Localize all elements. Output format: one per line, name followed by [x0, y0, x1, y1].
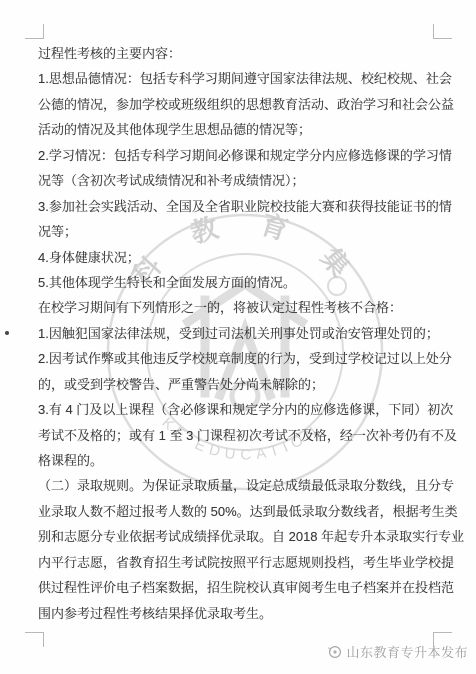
text-line: 在校学习期间有下列情形之一的，将被认定过程性考核不合格： — [38, 295, 440, 320]
text-line: 业录取人数不超过报考人数的 50%。达到最低录取分数线者，根据考生类 — [38, 499, 440, 524]
text-line: 况等（含初次考试成绩情况和补考成绩情况）； — [38, 168, 440, 193]
text-line: 供过程性评价电子档案数据，招生院校认真审阅考生电子档案并在投档范 — [38, 575, 440, 600]
publisher-logo-icon — [327, 644, 342, 659]
document-page: 科 教 育 集 KE EDUCATION 过程性考核的主要内容：1.思想品德情况… — [0, 0, 476, 674]
text-line: 围内参考过程性考核结果择优录取考生。 — [38, 601, 440, 626]
text-line: 1.因触犯国家法律法规，受到过司法机关刑事处罚或治安管理处罚的； — [38, 321, 440, 346]
publisher-name: 山东教育专升本发布 — [346, 642, 468, 661]
text-line: 3.有 4 门及以上课程（含必修课和规定学分内的应修选修课，下同）初次 — [38, 397, 440, 422]
text-line: 格课程的。 — [38, 448, 440, 473]
text-line: 考试不及格的；或有 1 至 3 门课程初次考试不及格，经一次补考仍有不及 — [38, 423, 440, 448]
text-line: 2.因考试作弊或其他违反学校规章制度的行为，受到过学校记过以上处分 — [38, 346, 440, 371]
text-line: 活动的情况及其他体现学生思想品德的情况等； — [38, 117, 440, 142]
publisher-watermark: 山东教育专升本发布 — [327, 642, 468, 661]
text-line: 的，或受到学校警告、严重警告处分尚未解除的； — [38, 372, 440, 397]
text-boundary-mark-top-right — [433, 24, 452, 39]
document-body: 过程性考核的主要内容：1.思想品德情况：包括专科学习期间遵守国家法律法规、校纪校… — [38, 41, 440, 626]
text-line: 过程性考核的主要内容： — [38, 41, 440, 66]
text-line: 5.其他体现学生特长和全面发展方面的情况。 — [38, 270, 440, 295]
text-line: 4.身体健康状况； — [38, 245, 440, 270]
text-line: 3.参加社会实践活动、全国及全省职业院校技能大赛和获得技能证书的情 — [38, 194, 440, 219]
text-boundary-mark-top-left — [25, 24, 44, 39]
text-line: 公德的情况，参加学校或班级组织的思想教育活动、政治学习和社会公益 — [38, 92, 440, 117]
text-line: 2.学习情况：包括专科学习期间必修课和规定学分内应修选修课的学习情 — [38, 143, 440, 168]
text-line: 1.思想品德情况：包括专科学习期间遵守国家法律法规、校纪校规、社会 — [38, 66, 440, 91]
text-line: （二）录取规则。为保证录取质量，设定总成绩最低录取分数线，且分专 — [38, 473, 440, 498]
text-line: 内平行志愿，省教育招生考试院按照平行志愿规则投档，考生毕业学校提 — [38, 550, 440, 575]
text-line: 别和志愿分专业依据考试成绩择优录取。自 2018 年起专升本录取实行专业 — [38, 524, 440, 549]
text-line: 况等； — [38, 219, 440, 244]
margin-bullet — [5, 331, 9, 335]
text-boundary-mark-bottom-left — [25, 632, 44, 647]
